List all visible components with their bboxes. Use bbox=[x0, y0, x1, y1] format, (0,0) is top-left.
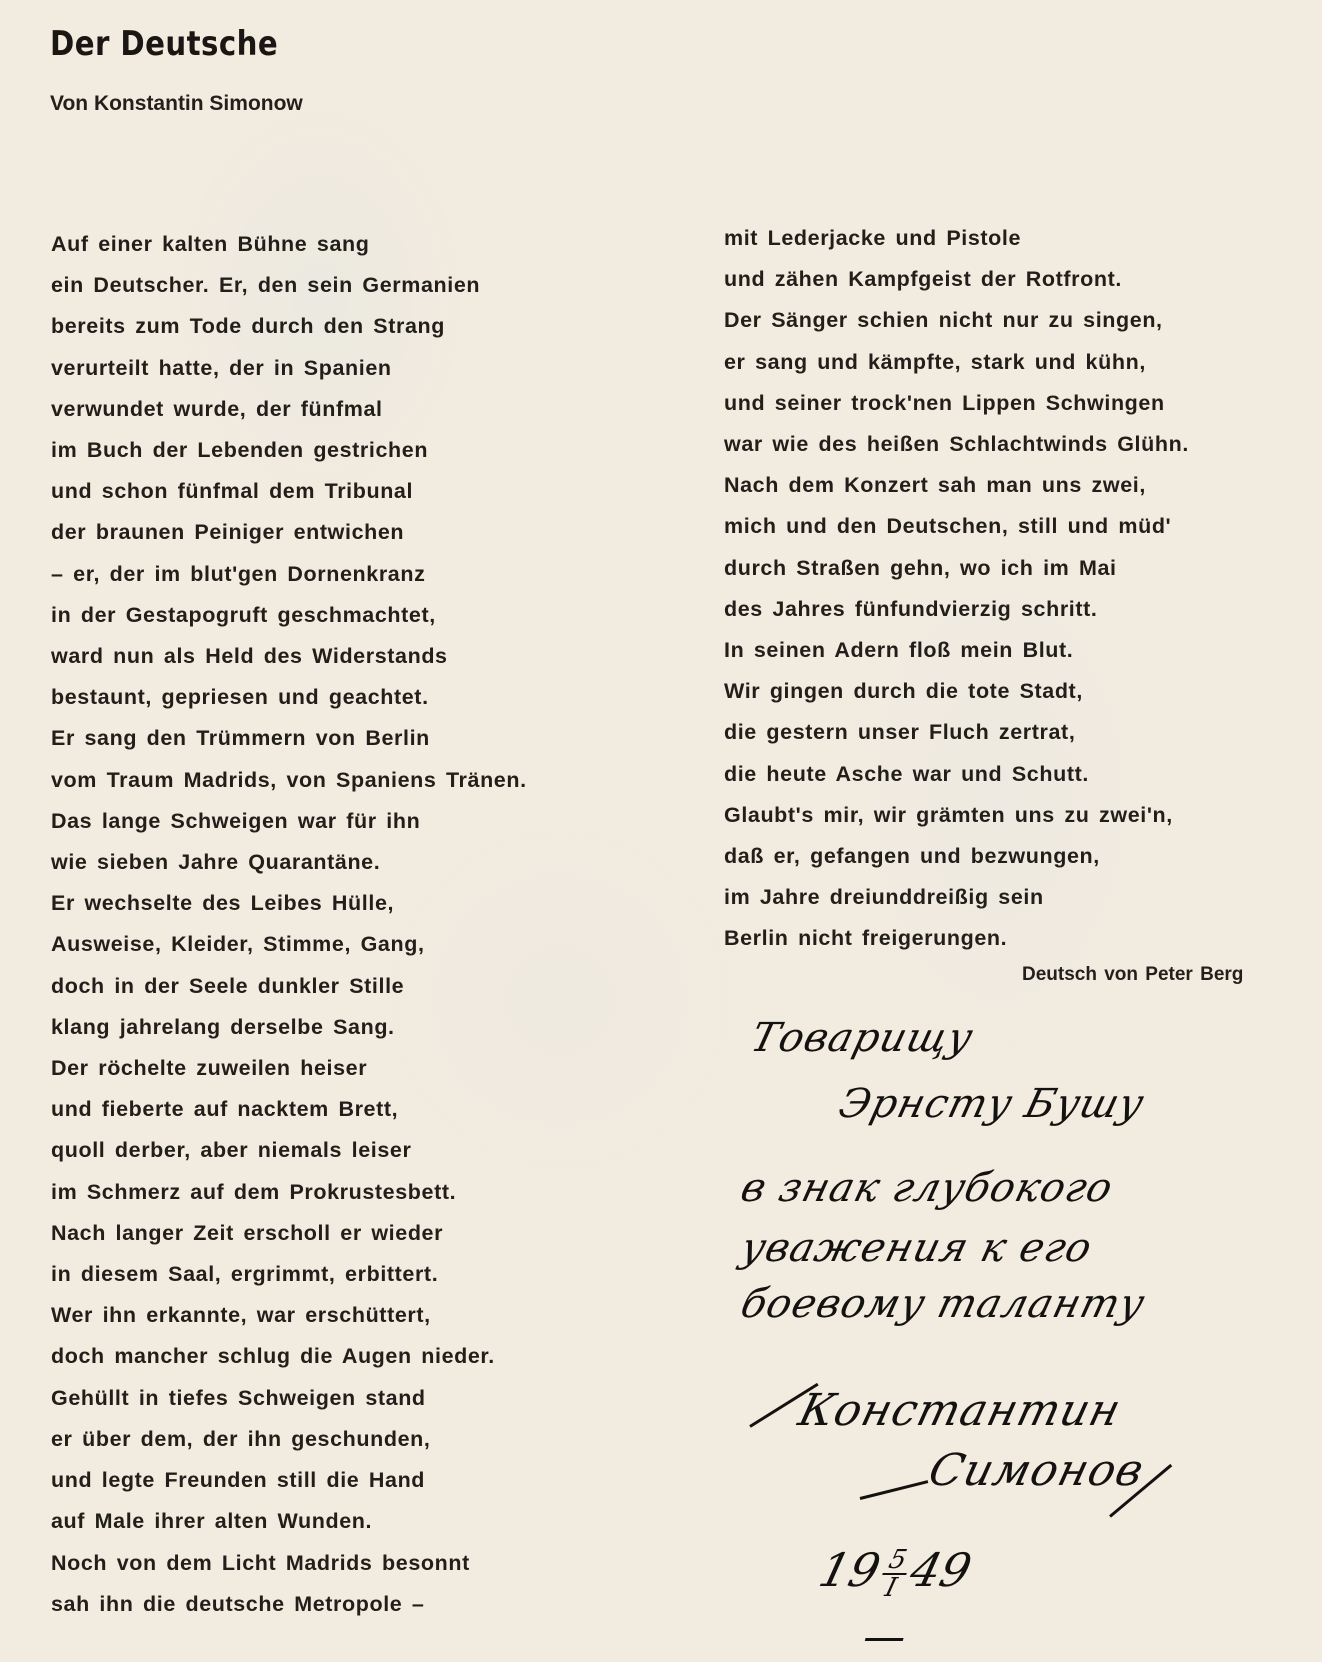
poem-line: In seinen Adern floß mein Blut. bbox=[724, 630, 1189, 671]
poem-line: Er wechselte des Leibes Hülle, bbox=[51, 883, 527, 924]
poem-line: Gehüllt in tiefes Schweigen stand bbox=[51, 1378, 527, 1419]
poem-line: in der Gestapogruft geschmachtet, bbox=[51, 595, 527, 636]
dedication-line: Товарищу bbox=[746, 1015, 978, 1061]
dedication-line: уважения к его bbox=[736, 1225, 1097, 1271]
poem-line: und legte Freunden still die Hand bbox=[51, 1460, 527, 1501]
poem-line: in diesem Saal, ergrimmt, erbittert. bbox=[51, 1254, 527, 1295]
poem-line: wie sieben Jahre Quarantäne. bbox=[51, 842, 527, 883]
poem-title: Der Deutsche bbox=[50, 24, 278, 64]
date-month-numerator: 5 bbox=[882, 1547, 914, 1575]
poem-line: bestaunt, gepriesen und geachtet. bbox=[51, 677, 527, 718]
poem-line: Nach langer Zeit erscholl er wieder bbox=[51, 1213, 527, 1254]
date-underline bbox=[865, 1638, 904, 1641]
poem-line: Auf einer kalten Bühne sang bbox=[51, 224, 527, 265]
poem-right-column: mit Lederjacke und Pistole und zähen Kam… bbox=[724, 218, 1189, 960]
poem-line: mich und den Deutschen, still und müd' bbox=[724, 506, 1189, 547]
poem-line: doch in der Seele dunkler Stille bbox=[51, 966, 527, 1007]
poem-line: und fieberte auf nacktem Brett, bbox=[51, 1089, 527, 1130]
poem-line: er über dem, der ihn geschunden, bbox=[51, 1419, 527, 1460]
poem-line: ein Deutscher. Er, den sein Germanien bbox=[51, 265, 527, 306]
poem-line: verurteilt hatte, der in Spanien bbox=[51, 348, 527, 389]
poem-line: doch mancher schlug die Augen nieder. bbox=[51, 1336, 527, 1377]
poem-line: Glaubt's mir, wir grämten uns zu zwei'n, bbox=[724, 795, 1189, 836]
poem-line: Wir gingen durch die tote Stadt, bbox=[724, 671, 1189, 712]
poem-line: im Jahre dreiunddreißig sein bbox=[724, 877, 1189, 918]
poem-line: er sang und kämpfte, stark und kühn, bbox=[724, 342, 1189, 383]
poem-line: Er sang den Trümmern von Berlin bbox=[51, 718, 527, 759]
date-day: 19 bbox=[814, 1543, 886, 1597]
poem-line: Ausweise, Kleider, Stimme, Gang, bbox=[51, 924, 527, 965]
dedication-line: боевому таланту bbox=[736, 1281, 1150, 1327]
translator-credit: Deutsch von Peter Berg bbox=[1022, 964, 1243, 986]
poem-line: und seiner trock'nen Lippen Schwingen bbox=[724, 383, 1189, 424]
poem-line: bereits zum Tode durch den Strang bbox=[51, 306, 527, 347]
poem-line: Der röchelte zuweilen heiser bbox=[51, 1048, 527, 1089]
date-year: 49 bbox=[905, 1543, 977, 1597]
signature-flourish-stroke bbox=[860, 1480, 929, 1500]
poem-line: Berlin nicht freigerungen. bbox=[724, 918, 1189, 959]
poem-author-byline: Von Konstantin Simonow bbox=[50, 92, 303, 116]
poem-line: und schon fünfmal dem Tribunal bbox=[51, 471, 527, 512]
poem-line: durch Straßen gehn, wo ich im Mai bbox=[724, 548, 1189, 589]
poem-line: war wie des heißen Schlachtwinds Glühn. bbox=[724, 424, 1189, 465]
signature-last-name: Симонов bbox=[924, 1445, 1150, 1496]
date-month-denominator: I bbox=[875, 1575, 906, 1601]
dedication-line: в знак глубокого bbox=[736, 1165, 1118, 1211]
poem-left-column: Auf einer kalten Bühne sang ein Deutsche… bbox=[51, 224, 527, 1625]
poem-line: und zähen Kampfgeist der Rotfront. bbox=[724, 259, 1189, 300]
document-page: Der Deutsche Von Konstantin Simonow Auf … bbox=[0, 0, 1322, 1662]
dedication-line: Эрнсту Бушу bbox=[834, 1081, 1149, 1127]
poem-line: mit Lederjacke und Pistole bbox=[724, 218, 1189, 259]
poem-line: daß er, gefangen und bezwungen, bbox=[724, 836, 1189, 877]
handwritten-date: 195I49 bbox=[813, 1543, 977, 1601]
poem-line: ward nun als Held des Widerstands bbox=[51, 636, 527, 677]
poem-line: klang jahrelang derselbe Sang. bbox=[51, 1007, 527, 1048]
poem-line: auf Male ihrer alten Wunden. bbox=[51, 1501, 527, 1542]
poem-line: Der Sänger schien nicht nur zu singen, bbox=[724, 300, 1189, 341]
poem-line: Nach dem Konzert sah man uns zwei, bbox=[724, 465, 1189, 506]
poem-line: des Jahres fünfundvierzig schritt. bbox=[724, 589, 1189, 630]
poem-line: verwundet wurde, der fünfmal bbox=[51, 389, 527, 430]
poem-line: – er, der im blut'gen Dornenkranz bbox=[51, 554, 527, 595]
signature-first-name: Константин bbox=[794, 1385, 1127, 1436]
poem-line: die heute Asche war und Schutt. bbox=[724, 754, 1189, 795]
poem-line: im Schmerz auf dem Prokrustesbett. bbox=[51, 1172, 527, 1213]
poem-line: vom Traum Madrids, von Spaniens Tränen. bbox=[51, 760, 527, 801]
poem-line: der braunen Peiniger entwichen bbox=[51, 512, 527, 553]
poem-line: die gestern unser Fluch zertrat, bbox=[724, 712, 1189, 753]
poem-line: Das lange Schweigen war für ihn bbox=[51, 801, 527, 842]
poem-line: im Buch der Lebenden gestrichen bbox=[51, 430, 527, 471]
poem-line: sah ihn die deutsche Metropole – bbox=[51, 1584, 527, 1625]
poem-line: Noch von dem Licht Madrids besonnt bbox=[51, 1543, 527, 1584]
poem-line: Wer ihn erkannte, war erschüttert, bbox=[51, 1295, 527, 1336]
poem-line: quoll derber, aber niemals leiser bbox=[51, 1130, 527, 1171]
